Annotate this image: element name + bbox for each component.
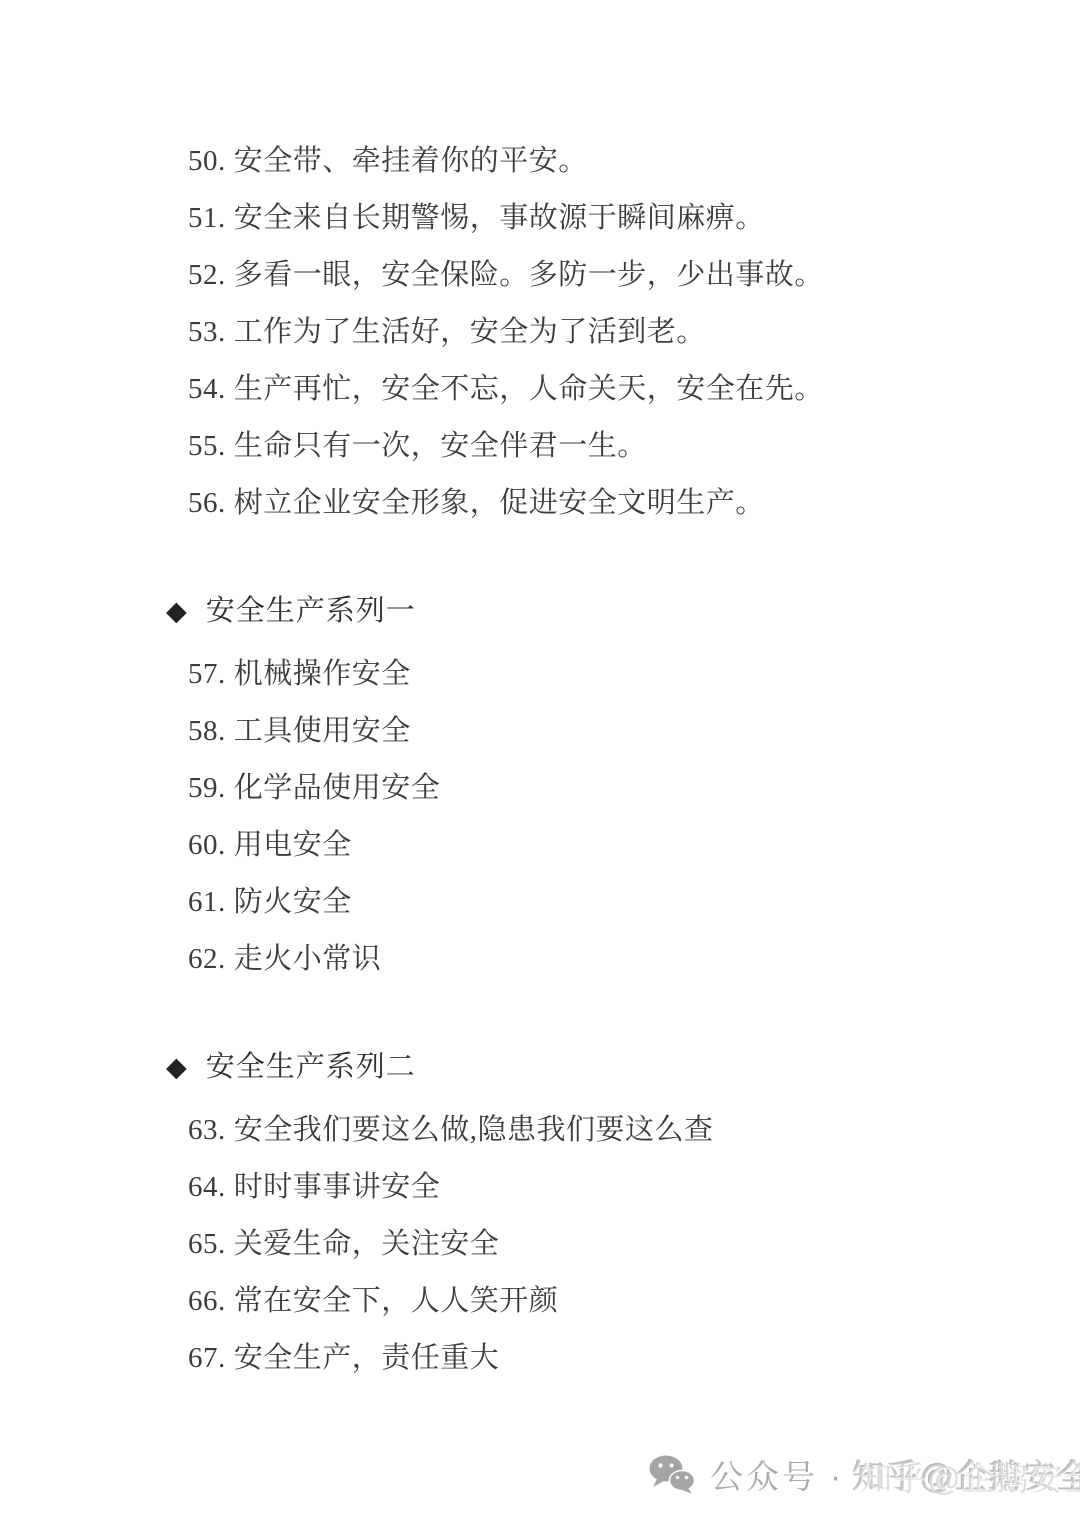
- item-text: 走火小常识: [234, 943, 382, 975]
- list-item: 57.机械操作安全: [188, 659, 1048, 689]
- list-item: 60.用电安全: [188, 830, 1048, 860]
- item-number: 61.: [188, 887, 226, 917]
- list-item: 66.常在安全下，人人笑开颜: [188, 1286, 1048, 1316]
- list-item: 61.防火安全: [188, 887, 1048, 917]
- item-number: 58.: [188, 716, 226, 746]
- item-number: 56.: [188, 488, 226, 518]
- item-number: 50.: [188, 146, 226, 176]
- document-page: 50.安全带、牵挂着你的平安。 51.安全来自长期警惕，事故源于瞬间麻痹。 52…: [0, 0, 1080, 1528]
- list-item: 52.多看一眼，安全保险。多防一步，少出事故。: [188, 260, 1048, 290]
- item-text: 多看一眼，安全保险。多防一步，少出事故。: [234, 259, 824, 291]
- item-text: 安全带、牵挂着你的平安。: [234, 145, 588, 177]
- item-number: 64.: [188, 1172, 226, 1202]
- item-number: 57.: [188, 659, 226, 689]
- section-heading-text: 安全生产系列一: [206, 595, 416, 627]
- slogan-list: 50.安全带、牵挂着你的平安。 51.安全来自长期警惕，事故源于瞬间麻痹。 52…: [188, 146, 1048, 1400]
- item-text: 常在安全下，人人笑开颜: [234, 1285, 559, 1317]
- list-item: 50.安全带、牵挂着你的平安。: [188, 146, 1048, 176]
- item-number: 54.: [188, 374, 226, 404]
- item-text: 生命只有一次，安全伴君一生。: [234, 430, 647, 462]
- list-item: 67.安全生产，责任重大: [188, 1343, 1048, 1373]
- item-number: 67.: [188, 1343, 226, 1373]
- item-number: 63.: [188, 1115, 226, 1145]
- item-number: 53.: [188, 317, 226, 347]
- item-text: 关爱生命，关注安全: [234, 1228, 500, 1260]
- section-heading-text: 安全生产系列二: [206, 1051, 416, 1083]
- diamond-bullet-icon: ◆: [166, 1053, 188, 1083]
- item-text: 工具使用安全: [234, 715, 411, 747]
- item-text: 树立企业安全形象，促进安全文明生产。: [234, 487, 765, 519]
- item-number: 51.: [188, 203, 226, 233]
- item-text: 安全我们要这么做,隐患我们要这么查: [234, 1114, 714, 1146]
- list-item: 59.化学品使用安全: [188, 773, 1048, 803]
- item-text: 工作为了生活好，安全为了活到老。: [234, 316, 706, 348]
- wechat-icon: [648, 1454, 696, 1494]
- item-number: 65.: [188, 1229, 226, 1259]
- section-heading-series-two: ◆安全生产系列二: [166, 1052, 1048, 1083]
- item-text: 时时事事讲安全: [234, 1171, 441, 1203]
- diamond-bullet-icon: ◆: [166, 597, 188, 627]
- list-item: 55.生命只有一次，安全伴君一生。: [188, 431, 1048, 461]
- item-text: 生产再忙，安全不忘，人命关天，安全在先。: [234, 373, 824, 405]
- list-item: 51.安全来自长期警惕，事故源于瞬间麻痹。: [188, 203, 1048, 233]
- list-item: 53.工作为了生活好，安全为了活到老。: [188, 317, 1048, 347]
- item-text: 防火安全: [234, 886, 352, 918]
- item-text: 化学品使用安全: [234, 772, 441, 804]
- list-item: 63.安全我们要这么做,隐患我们要这么查: [188, 1115, 1048, 1145]
- item-text: 机械操作安全: [234, 658, 411, 690]
- item-number: 62.: [188, 944, 226, 974]
- list-item: 58.工具使用安全: [188, 716, 1048, 746]
- item-text: 用电安全: [234, 829, 352, 861]
- item-number: 55.: [188, 431, 226, 461]
- item-number: 60.: [188, 830, 226, 860]
- list-item: 54.生产再忙，安全不忘，人命关天，安全在先。: [188, 374, 1048, 404]
- watermark: 公众号 · 知乎@企鹅安全 知乎@企鹅安全: [648, 1446, 1080, 1502]
- watermark-overlay: 知乎@企鹅安全 知乎@企鹅安全: [852, 1451, 1080, 1498]
- item-number: 52.: [188, 260, 226, 290]
- list-item: 64.时时事事讲安全: [188, 1172, 1048, 1202]
- watermark-platform-label: 公众号 ·: [710, 1451, 844, 1498]
- item-number: 59.: [188, 773, 226, 803]
- item-text: 安全生产，责任重大: [234, 1342, 500, 1374]
- item-number: 66.: [188, 1286, 226, 1316]
- section-heading-series-one: ◆安全生产系列一: [166, 596, 1048, 627]
- list-item: 62.走火小常识: [188, 944, 1048, 974]
- item-text: 安全来自长期警惕，事故源于瞬间麻痹。: [234, 202, 765, 234]
- watermark-overlay-layer-back: 知乎@企鹅安全: [859, 1453, 1080, 1500]
- list-item: 56.树立企业安全形象，促进安全文明生产。: [188, 488, 1048, 518]
- list-item: 65.关爱生命，关注安全: [188, 1229, 1048, 1259]
